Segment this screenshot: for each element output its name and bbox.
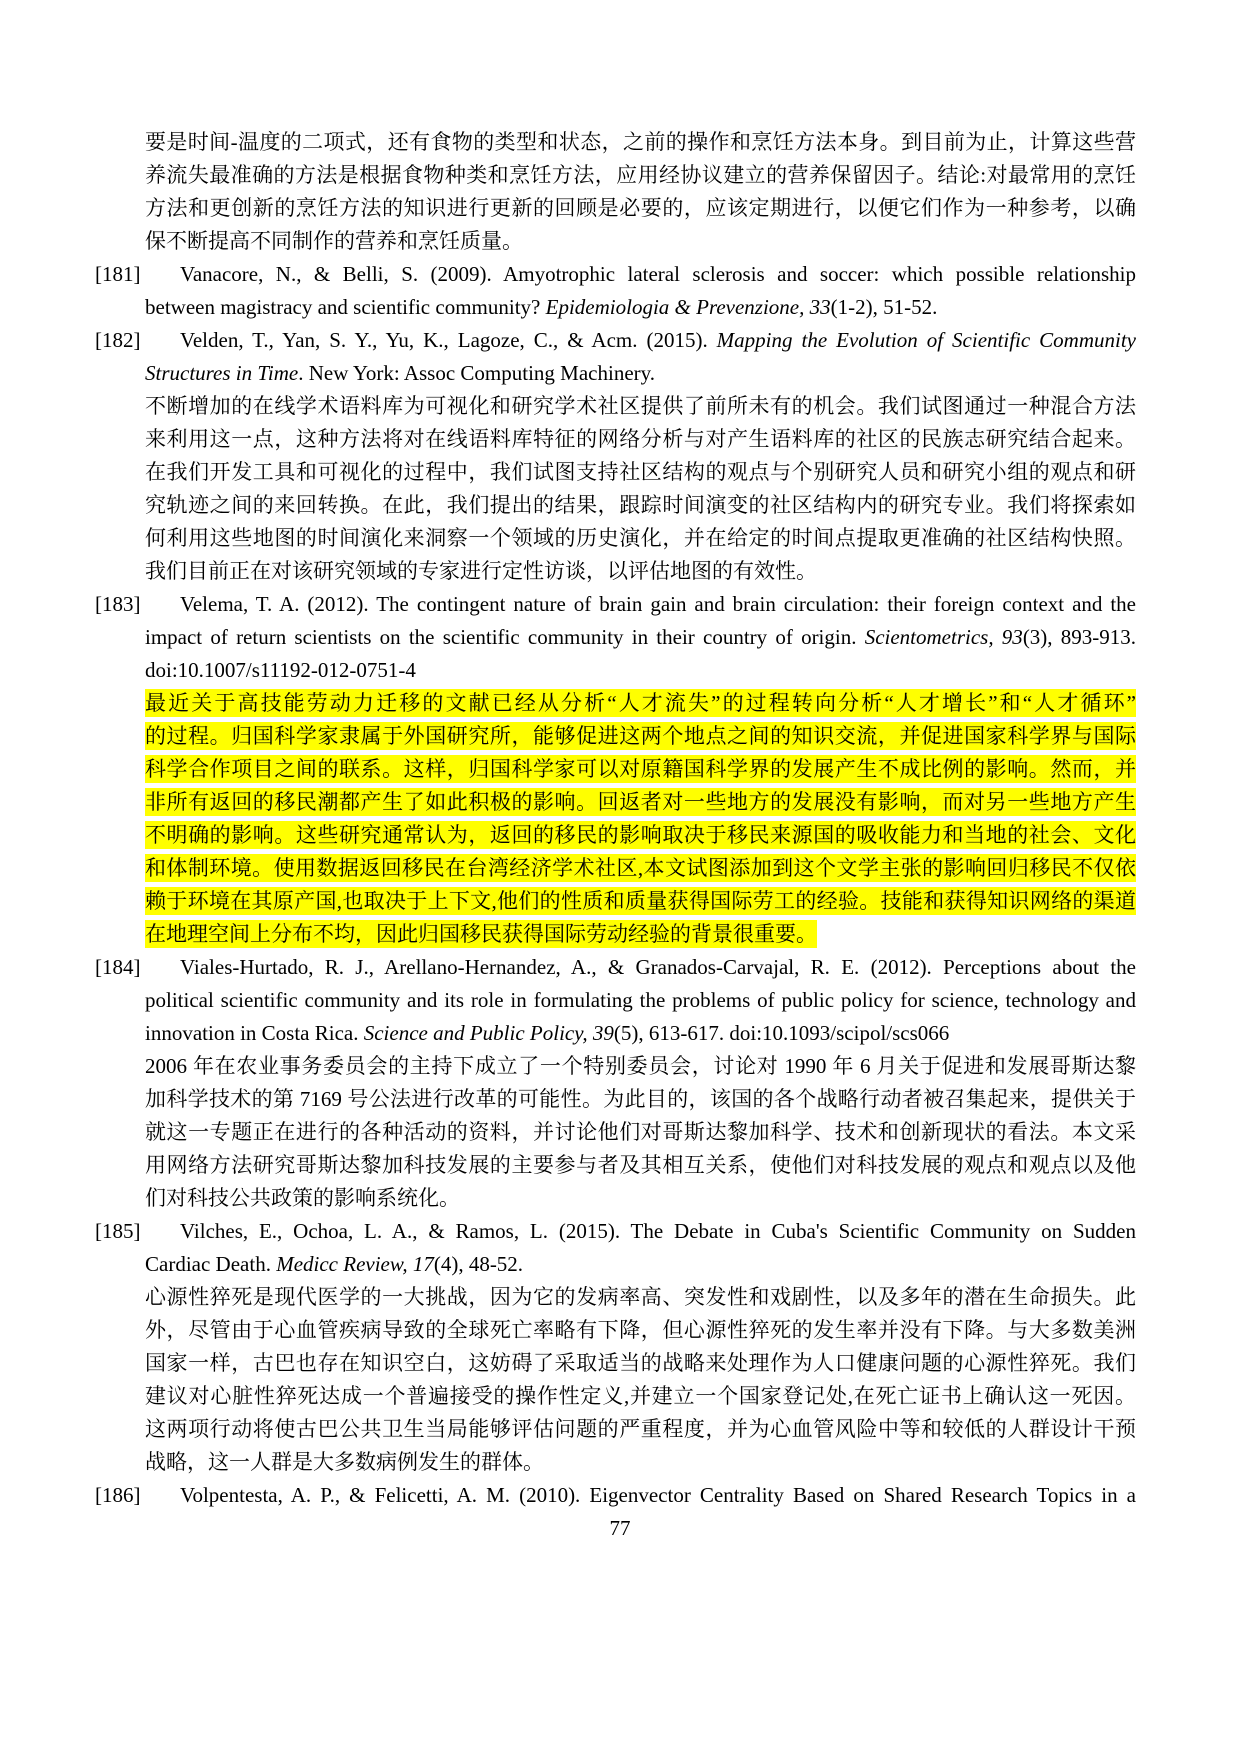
text-line: 在我们开发工具和可视化的过程中，我们试图支持社区结构的观点与个别研究人员和研究小… [145,456,1136,489]
highlighted-text-line: 最近关于高技能劳动力迁移的文献已经从分析“人才流失”的过程转向分析“人才增长”和… [145,687,1136,720]
text-line: 究轨迹之间的来回转换。在此，我们提出的结果，跟踪时间演变的社区结构内的研究专业。… [145,489,1136,522]
text-line: 保不断提高不同制作的营养和烹饪质量。 [145,225,1136,258]
text-run: Velden, T., Yan, S. Y., Yu, K., Lagoze, … [180,328,717,352]
italic-text-run: Scientometrics, 93 [865,625,1023,649]
reference-number: [183] [95,588,180,621]
text-run: 来利用这一点，这种方法将对在线语料库特征的网络分析与对产生语料库的社区的民族志研… [145,427,1136,451]
text-run: 要是时间-温度的二项式，还有食物的类型和状态，之前的操作和烹饪方法本身。到目前为… [145,130,1136,154]
page-number: 77 [0,1512,1240,1545]
text-run: 就这一专题正在进行的各种活动的资料，并讨论他们对哥斯达黎加科学、技术和创新现状的… [145,1120,1136,1144]
reference-number: [181] [95,258,180,291]
reference-number: [186] [95,1479,180,1512]
highlighted-text-line: 非所有返回的移民潮都产生了如此积极的影响。回返者对一些地方的发展没有影响，而对另… [145,786,1136,819]
text-line: 国家一样，古巴也存在知识空白，这妨碍了采取适当的战略来处理作为人口健康问题的心源… [145,1347,1136,1380]
text-run: 非所有返回的移民潮都产生了如此积极的影响。回返者对一些地方的发展没有影响，而对另… [145,790,1136,814]
text-run: 的过程。归国科学家隶属于外国研究所，能够促进这两个地点之间的知识交流，并促进国家… [145,724,1136,748]
text-run: (1-2), 51-52. [831,295,938,319]
text-run: Vanacore, N., & Belli, S. (2009). Amyotr… [180,262,1136,286]
text-line: Cardiac Death. Medicc Review, 17(4), 48-… [145,1248,1136,1281]
text-run: 战略，这一人群是大多数病例发生的群体。 [145,1450,544,1474]
highlighted-text-line: 赖于环境在其原产国,也取决于上下文,他们的性质和质量获得国际劳工的经验。技能和获… [145,885,1136,918]
text-line: [182]Velden, T., Yan, S. Y., Yu, K., Lag… [95,324,1136,357]
highlighted-text-line: 的过程。归国科学家隶属于外国研究所，能够促进这两个地点之间的知识交流，并促进国家… [145,720,1136,753]
text-run: 何利用这些地图的时间演化来洞察一个领域的历史演化，并在给定的时间点提取更准确的社… [145,526,1136,550]
text-run: 赖于环境在其原产国,也取决于上下文,他们的性质和质量获得国际劳工的经验。技能和获… [145,889,1136,913]
text-run: innovation in Costa Rica. [145,1021,364,1045]
text-run: 国家一样，古巴也存在知识空白，这妨碍了采取适当的战略来处理作为人口健康问题的心源… [145,1351,1136,1375]
text-run: doi:10.1007/s11192-012-0751-4 [145,658,416,682]
highlight: 不明确的影响。这些研究通常认为，返回的移民的影响取决于移民来源国的吸收能力和当地… [145,821,1136,849]
reference-number: [184] [95,951,180,984]
document-page: 要是时间-温度的二项式，还有食物的类型和状态，之前的操作和烹饪方法本身。到目前为… [0,0,1240,1753]
highlight: 非所有返回的移民潮都产生了如此积极的影响。回返者对一些地方的发展没有影响，而对另… [145,788,1136,816]
text-line: 来利用这一点，这种方法将对在线语料库特征的网络分析与对产生语料库的社区的民族志研… [145,423,1136,456]
text-line: political scientific community and its r… [145,984,1136,1017]
text-run: Cardiac Death. [145,1252,276,1276]
text-line: Structures in Time. New York: Assoc Comp… [145,357,1136,390]
text-run: 外，尽管由于心血管疾病导致的全球死亡率略有下降，但心源性猝死的发生率并没有下降。… [145,1318,1136,1342]
highlighted-text-line: 和体制环境。使用数据返回移民在台湾经济学术社区,本文试图添加到这个文学主张的影响… [145,852,1136,885]
text-line: 养流失最准确的方法是根据食物种类和烹饪方法，应用经协议建立的营养保留因子。结论:… [145,159,1136,192]
reference-entry: [185]Vilches, E., Ochoa, L. A., & Ramos,… [95,1215,1136,1479]
text-run: 究轨迹之间的来回转换。在此，我们提出的结果，跟踪时间演变的社区结构内的研究专业。… [145,493,1136,517]
reference-entry: [184]Viales-Hurtado, R. J., Arellano-Her… [95,951,1136,1215]
reference-entry: [186]Volpentesta, A. P., & Felicetti, A.… [95,1479,1136,1512]
text-run: between magistracy and scientific commun… [145,295,546,319]
text-run: 2006 年在农业事务委员会的主持下成立了一个特别委员会，讨论对 1990 年 … [145,1054,1136,1078]
text-line: innovation in Costa Rica. Science and Pu… [145,1017,1136,1050]
text-run: Viales-Hurtado, R. J., Arellano-Hernande… [180,955,1136,979]
text-line: doi:10.1007/s11192-012-0751-4 [145,654,1136,687]
text-run: 在我们开发工具和可视化的过程中，我们试图支持社区结构的观点与个别研究人员和研究小… [145,460,1136,484]
text-line: 心源性猝死是现代医学的一大挑战，因为它的发病率高、突发性和戏剧性，以及多年的潜在… [145,1281,1136,1314]
reference-number: [185] [95,1215,180,1248]
text-run: (4), 48-52. [434,1252,523,1276]
text-line: 要是时间-温度的二项式，还有食物的类型和状态，之前的操作和烹饪方法本身。到目前为… [145,126,1136,159]
highlight: 最近关于高技能劳动力迁移的文献已经从分析“人才流失”的过程转向分析“人才增长”和… [145,689,1136,717]
highlight: 赖于环境在其原产国,也取决于上下文,他们的性质和质量获得国际劳工的经验。技能和获… [145,887,1136,915]
text-run: Velema, T. A. (2012). The contingent nat… [180,592,1136,616]
text-run: 不明确的影响。这些研究通常认为，返回的移民的影响取决于移民来源国的吸收能力和当地… [145,823,1136,847]
text-line: 用网络方法研究哥斯达黎加科技发展的主要参与者及其相互关系，使他们对科技发展的观点… [145,1149,1136,1182]
text-line: 就这一专题正在进行的各种活动的资料，并讨论他们对哥斯达黎加科学、技术和创新现状的… [145,1116,1136,1149]
highlighted-text-line: 在地理空间上分布不均，因此归国移民获得国际劳动经验的背景很重要。 [145,918,1136,951]
italic-text-run: Structures in Time [145,361,298,385]
text-line: 加科学技术的第 7169 号公法进行改革的可能性。为此目的，该国的各个战略行动者… [145,1083,1136,1116]
highlight: 和体制环境。使用数据返回移民在台湾经济学术社区,本文试图添加到这个文学主张的影响… [145,854,1136,882]
reference-entry: [183]Velema, T. A. (2012). The contingen… [95,588,1136,951]
highlight: 在地理空间上分布不均，因此归国移民获得国际劳动经验的背景很重要。 [145,920,817,948]
italic-text-run: Medicc Review, 17 [276,1252,434,1276]
text-line: 我们目前正在对该研究领域的专家进行定性访谈，以评估地图的有效性。 [145,555,1136,588]
text-line: 这两项行动将使古巴公共卫生当局能够评估问题的严重程度，并为心血管风险中等和较低的… [145,1413,1136,1446]
text-line: [184]Viales-Hurtado, R. J., Arellano-Her… [95,951,1136,984]
text-run: impact of return scientists on the scien… [145,625,865,649]
text-line: 2006 年在农业事务委员会的主持下成立了一个特别委员会，讨论对 1990 年 … [145,1050,1136,1083]
text-run: . New York: Assoc Computing Machinery. [298,361,655,385]
text-run: political scientific community and its r… [145,988,1136,1012]
text-line: 战略，这一人群是大多数病例发生的群体。 [145,1446,1136,1479]
text-run: 最近关于高技能劳动力迁移的文献已经从分析“人才流失”的过程转向分析“人才增长”和… [145,691,1136,715]
text-run: 在地理空间上分布不均，因此归国移民获得国际劳动经验的背景很重要。 [145,922,817,946]
text-line: between magistracy and scientific commun… [145,291,1136,324]
italic-text-run: Science and Public Policy, 39 [364,1021,614,1045]
text-line: 外，尽管由于心血管疾病导致的全球死亡率略有下降，但心源性猝死的发生率并没有下降。… [145,1314,1136,1347]
text-run: 们对科技公共政策的影响系统化。 [145,1186,460,1210]
text-run: 方法和更创新的烹饪方法的知识进行更新的回顾是必要的，应该定期进行，以便它们作为一… [145,196,1136,220]
text-run: Vilches, E., Ochoa, L. A., & Ramos, L. (… [180,1219,1136,1243]
highlighted-text-line: 科学合作项目之间的联系。这样，归国科学家可以对原籍国科学界的发展产生不成比例的影… [145,753,1136,786]
reference-number: [182] [95,324,180,357]
highlighted-text-line: 不明确的影响。这些研究通常认为，返回的移民的影响取决于移民来源国的吸收能力和当地… [145,819,1136,852]
text-line: [181]Vanacore, N., & Belli, S. (2009). A… [95,258,1136,291]
reference-entry: [182]Velden, T., Yan, S. Y., Yu, K., Lag… [95,324,1136,588]
text-run: 科学合作项目之间的联系。这样，归国科学家可以对原籍国科学界的发展产生不成比例的影… [145,757,1136,781]
text-run: 保不断提高不同制作的营养和烹饪质量。 [145,229,523,253]
text-run: 加科学技术的第 7169 号公法进行改革的可能性。为此目的，该国的各个战略行动者… [145,1087,1136,1111]
text-run: Volpentesta, A. P., & Felicetti, A. M. (… [180,1483,1136,1507]
reference-entry: [181]Vanacore, N., & Belli, S. (2009). A… [95,258,1136,324]
text-run: 养流失最准确的方法是根据食物种类和烹饪方法，应用经协议建立的营养保留因子。结论:… [145,163,1136,187]
reference-list: 要是时间-温度的二项式，还有食物的类型和状态，之前的操作和烹饪方法本身。到目前为… [95,126,1136,1512]
highlight: 的过程。归国科学家隶属于外国研究所，能够促进这两个地点之间的知识交流，并促进国家… [145,722,1136,750]
text-line: impact of return scientists on the scien… [145,621,1136,654]
text-run: 不断增加的在线学术语料库为可视化和研究学术社区提供了前所未有的机会。我们试图通过… [145,394,1136,418]
text-line: 建议对心脏性猝死达成一个普遍接受的操作性定义,并建立一个国家登记处,在死亡证书上… [145,1380,1136,1413]
text-line: 不断增加的在线学术语料库为可视化和研究学术社区提供了前所未有的机会。我们试图通过… [145,390,1136,423]
text-run: 我们目前正在对该研究领域的专家进行定性访谈，以评估地图的有效性。 [145,559,817,583]
text-run: (3), 893-913. [1023,625,1136,649]
highlight: 科学合作项目之间的联系。这样，归国科学家可以对原籍国科学界的发展产生不成比例的影… [145,755,1136,783]
text-line: [186]Volpentesta, A. P., & Felicetti, A.… [95,1479,1136,1512]
text-line: 何利用这些地图的时间演化来洞察一个领域的历史演化，并在给定的时间点提取更准确的社… [145,522,1136,555]
text-line: [183]Velema, T. A. (2012). The contingen… [95,588,1136,621]
text-line: [185]Vilches, E., Ochoa, L. A., & Ramos,… [95,1215,1136,1248]
text-run: 和体制环境。使用数据返回移民在台湾经济学术社区,本文试图添加到这个文学主张的影响… [145,856,1136,880]
text-line: 方法和更创新的烹饪方法的知识进行更新的回顾是必要的，应该定期进行，以便它们作为一… [145,192,1136,225]
text-run: 这两项行动将使古巴公共卫生当局能够评估问题的严重程度，并为心血管风险中等和较低的… [145,1417,1136,1441]
italic-text-run: Epidemiologia & Prevenzione, 33 [546,295,831,319]
italic-text-run: Mapping the Evolution of Scientific Comm… [717,328,1136,352]
text-line: 们对科技公共政策的影响系统化。 [145,1182,1136,1215]
text-run: 心源性猝死是现代医学的一大挑战，因为它的发病率高、突发性和戏剧性，以及多年的潜在… [145,1285,1136,1309]
text-run: 用网络方法研究哥斯达黎加科技发展的主要参与者及其相互关系，使他们对科技发展的观点… [145,1153,1136,1177]
text-run: 建议对心脏性猝死达成一个普遍接受的操作性定义,并建立一个国家登记处,在死亡证书上… [145,1384,1136,1408]
text-run: (5), 613-617. doi:10.1093/scipol/scs066 [614,1021,949,1045]
